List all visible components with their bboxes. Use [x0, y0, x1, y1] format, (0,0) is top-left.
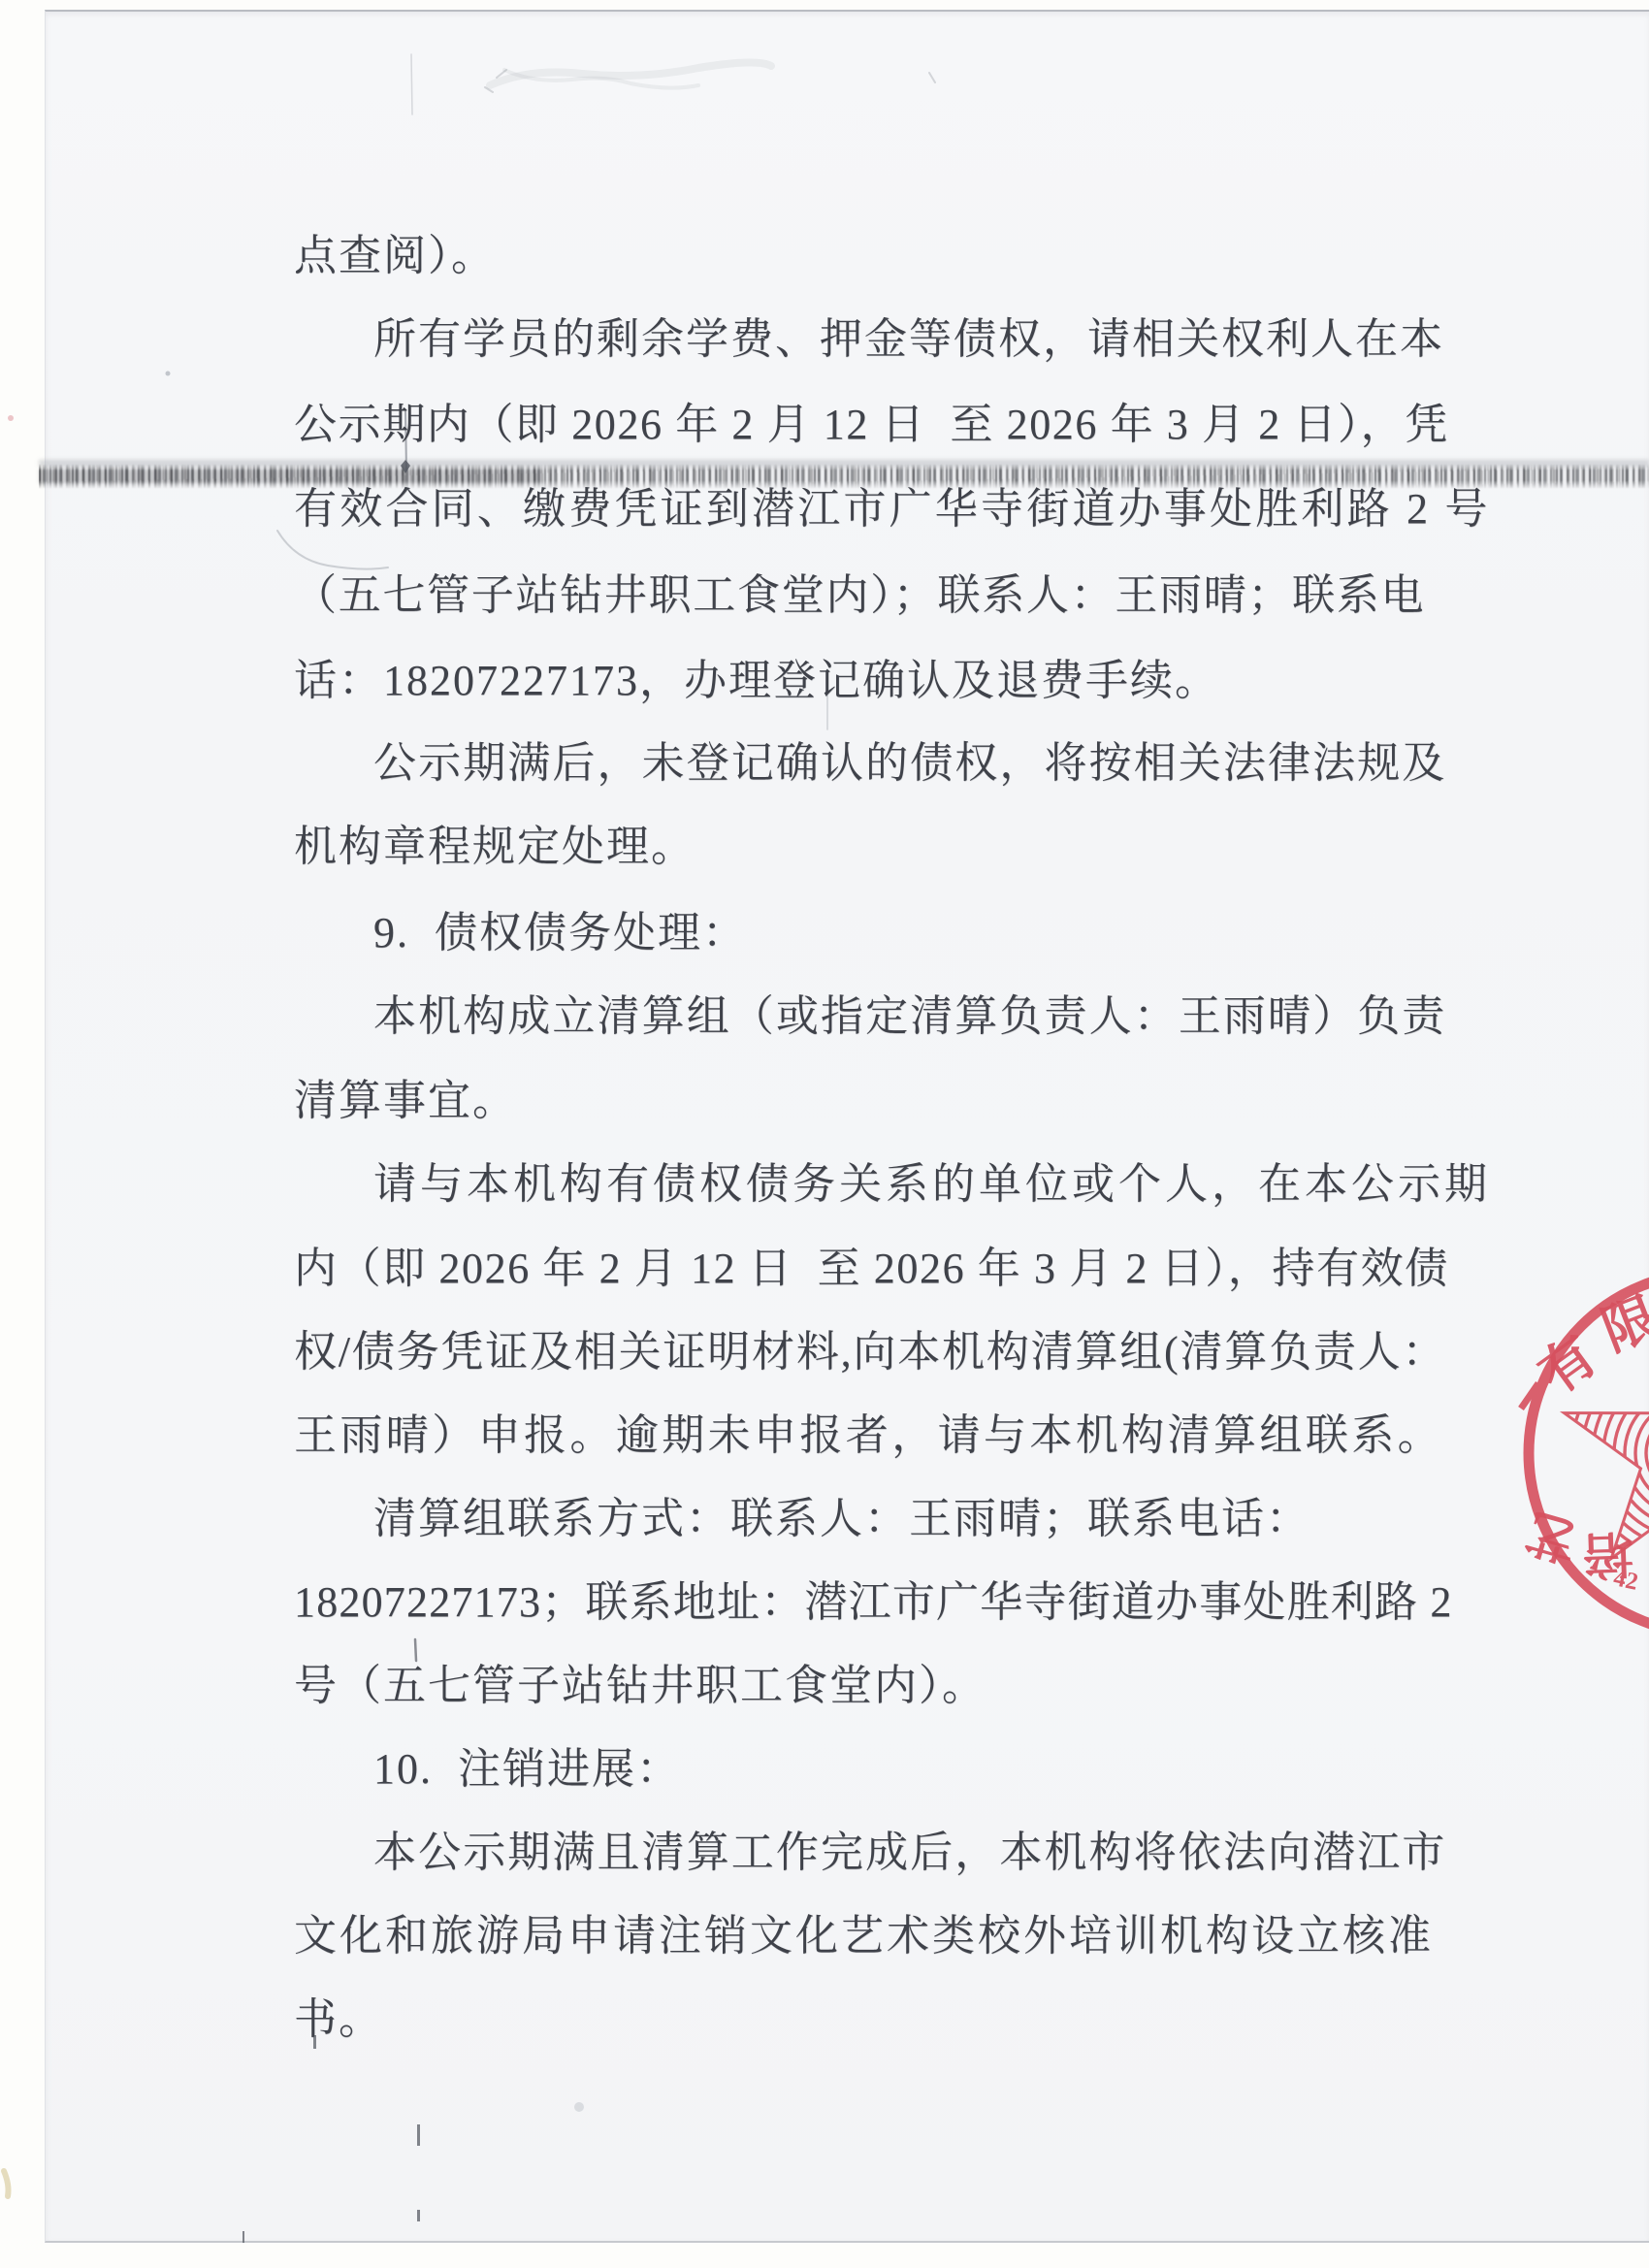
- red-company-seal: 有 限 艺 培 42: [1492, 1247, 1649, 1664]
- text-line-15: 王雨晴）申报。逾期未申报者，请与本机构清算组联系。: [294, 1414, 1443, 1457]
- scan-speck: [242, 2231, 244, 2243]
- edge-scuff: [4, 2171, 9, 2196]
- text-line-1: 点查阅）。: [294, 235, 496, 277]
- text-line-2: 所有学员的剩余学费、押金等债权，请相关权利人在本: [373, 318, 1444, 361]
- text-line-14: 权/债务凭证及相关证明材料,向本机构清算组(清算负责人：: [294, 1331, 1446, 1374]
- text-line-16: 清算组联系方式：联系人：王雨晴；联系电话：: [373, 1498, 1310, 1540]
- text-line-11: 清算事宜。: [294, 1080, 517, 1122]
- text-line-12: 请与本机构有债权债务关系的单位或个人，在本公示期: [373, 1163, 1491, 1206]
- text-line-13: 内（即 2026 年 2 月 12 日 至 2026 年 3 月 2 日），持有…: [294, 1247, 1449, 1290]
- text-line-6: 话：18207227173，办理登记确认及退费手续。: [294, 660, 1219, 702]
- text-line-3: 公示期内（即 2026 年 2 月 12 日 至 2026 年 3 月 2 日）…: [294, 404, 1449, 446]
- scan-speck: [417, 2210, 420, 2221]
- text-line-17: 18207227173；联系地址：潜江市广华寺街道办事处胜利路 2: [294, 1581, 1453, 1624]
- pink-dot: [8, 415, 14, 421]
- text-line-8: 机构章程规定处理。: [294, 826, 695, 868]
- text-line-4: 有效合同、缴费凭证到潜江市广华寺街道办事处胜利路 2 号: [294, 488, 1491, 531]
- text-line-22: 书。: [294, 1998, 383, 2041]
- text-line-20: 本公示期满且清算工作完成后，本机构将依法向潜江市: [373, 1831, 1446, 1874]
- text-line-9: 9. 债权债务处理：: [373, 912, 747, 955]
- scan-speck: [417, 2124, 420, 2146]
- scan-streak-dark-left: [39, 470, 543, 483]
- text-line-21: 文化和旅游局申请注销文化艺术类校外培训机构设立核准: [294, 1915, 1434, 1958]
- scanned-document-page: 点查阅）。所有学员的剩余学费、押金等债权，请相关权利人在本公示期内（即 2026…: [0, 0, 1649, 2268]
- seal-bottom-char-1: 艺: [1521, 1502, 1585, 1569]
- text-line-18: 号（五七管子站钻井职工食堂内）。: [294, 1665, 986, 1707]
- text-line-19: 10. 注销进展：: [373, 1748, 681, 1791]
- text-line-10: 本机构成立清算组（或指定清算负责人：王雨晴）负责: [373, 995, 1446, 1038]
- text-line-5: （五七管子站钻井职工食堂内）；联系人：王雨晴；联系电: [294, 574, 1425, 617]
- seal-code-digits: 42: [1611, 1565, 1640, 1596]
- seal-top-char-2: 限: [1595, 1287, 1649, 1363]
- text-line-7: 公示期满后，未登记确认的债权，将按相关法律法规及: [373, 742, 1446, 785]
